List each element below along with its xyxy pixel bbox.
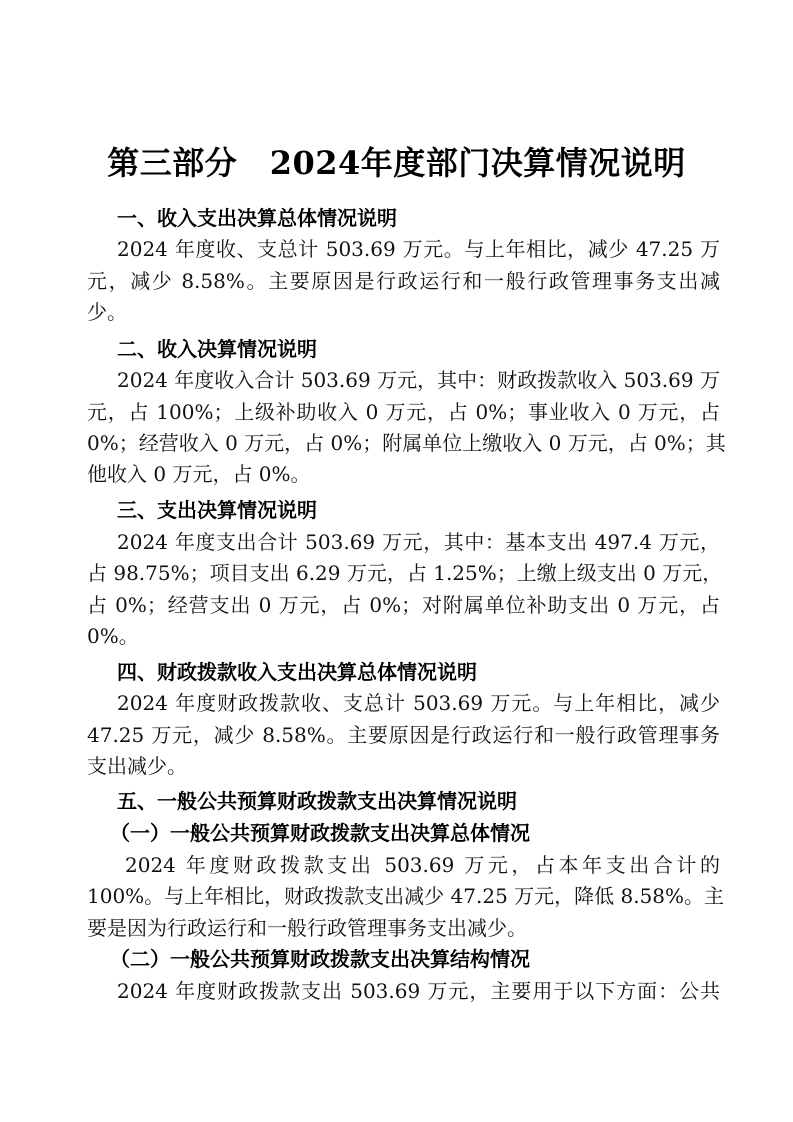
- paragraph-line: 元，减少 8.58%。主要原因是行政运行和一般行政管理事务支出减: [87, 268, 720, 294]
- paragraph-line: 2024 年度财政拨款收、支总计 503.69 万元。与上年相比，减少: [87, 690, 720, 716]
- page-title: 第三部分 2024年度部门决算情况说明: [0, 138, 793, 184]
- paragraph-line: 支出减少。: [87, 753, 720, 779]
- paragraph-line: 2024 年度财政拨款支出 503.69 万元，占本年支出合计的: [87, 852, 720, 878]
- section-heading: 三、支出决算情况说明: [87, 497, 720, 523]
- section-heading: 二、收入决算情况说明: [87, 336, 720, 362]
- paragraph-line: 2024 年度支出合计 503.69 万元，其中：基本支出 497.4 万元，: [87, 529, 720, 555]
- paragraph-line: 少。: [87, 299, 720, 325]
- paragraph-line: 元，占 100%；上级补助收入 0 万元，占 0%；事业收入 0 万元，占: [87, 399, 720, 425]
- paragraph-line: 占 98.75%；项目支出 6.29 万元，占 1.25%；上缴上级支出 0 万…: [87, 560, 720, 586]
- paragraph-line: 2024 年度收、支总计 503.69 万元。与上年相比，减少 47.25 万: [87, 236, 720, 262]
- section-heading: 一、收入支出决算总体情况说明: [87, 205, 720, 231]
- paragraph-line: 他收入 0 万元，占 0%。: [87, 461, 720, 487]
- paragraph-line: 占 0%；经营支出 0 万元，占 0%；对附属单位补助支出 0 万元，占: [87, 592, 720, 618]
- paragraph-line: 100%。与上年相比，财政拨款支出减少 47.25 万元，降低 8.58%。主: [87, 883, 720, 909]
- paragraph-line: 要是因为行政运行和一般行政管理事务支出减少。: [87, 915, 720, 941]
- paragraph-line: 2024 年度收入合计 503.69 万元，其中：财政拨款收入 503.69 万: [87, 367, 720, 393]
- subsection-heading: （二）一般公共预算财政拨款支出决算结构情况: [110, 946, 720, 972]
- section-heading: 五、一般公共预算财政拨款支出决算情况说明: [87, 788, 720, 814]
- subsection-heading: （一）一般公共预算财政拨款支出决算总体情况: [110, 820, 720, 846]
- paragraph-line: 0%。: [87, 623, 720, 649]
- paragraph-line: 2024 年度财政拨款支出 503.69 万元，主要用于以下方面：公共: [87, 978, 720, 1004]
- section-heading: 四、财政拨款收入支出决算总体情况说明: [87, 659, 720, 685]
- document-page: 第三部分 2024年度部门决算情况说明 一、收入支出决算总体情况说明 2024 …: [0, 0, 793, 1122]
- paragraph-line: 0%；经营收入 0 万元，占 0%；附属单位上缴收入 0 万元，占 0%；其: [87, 430, 720, 456]
- paragraph-line: 47.25 万元，减少 8.58%。主要原因是行政运行和一般行政管理事务: [87, 722, 720, 748]
